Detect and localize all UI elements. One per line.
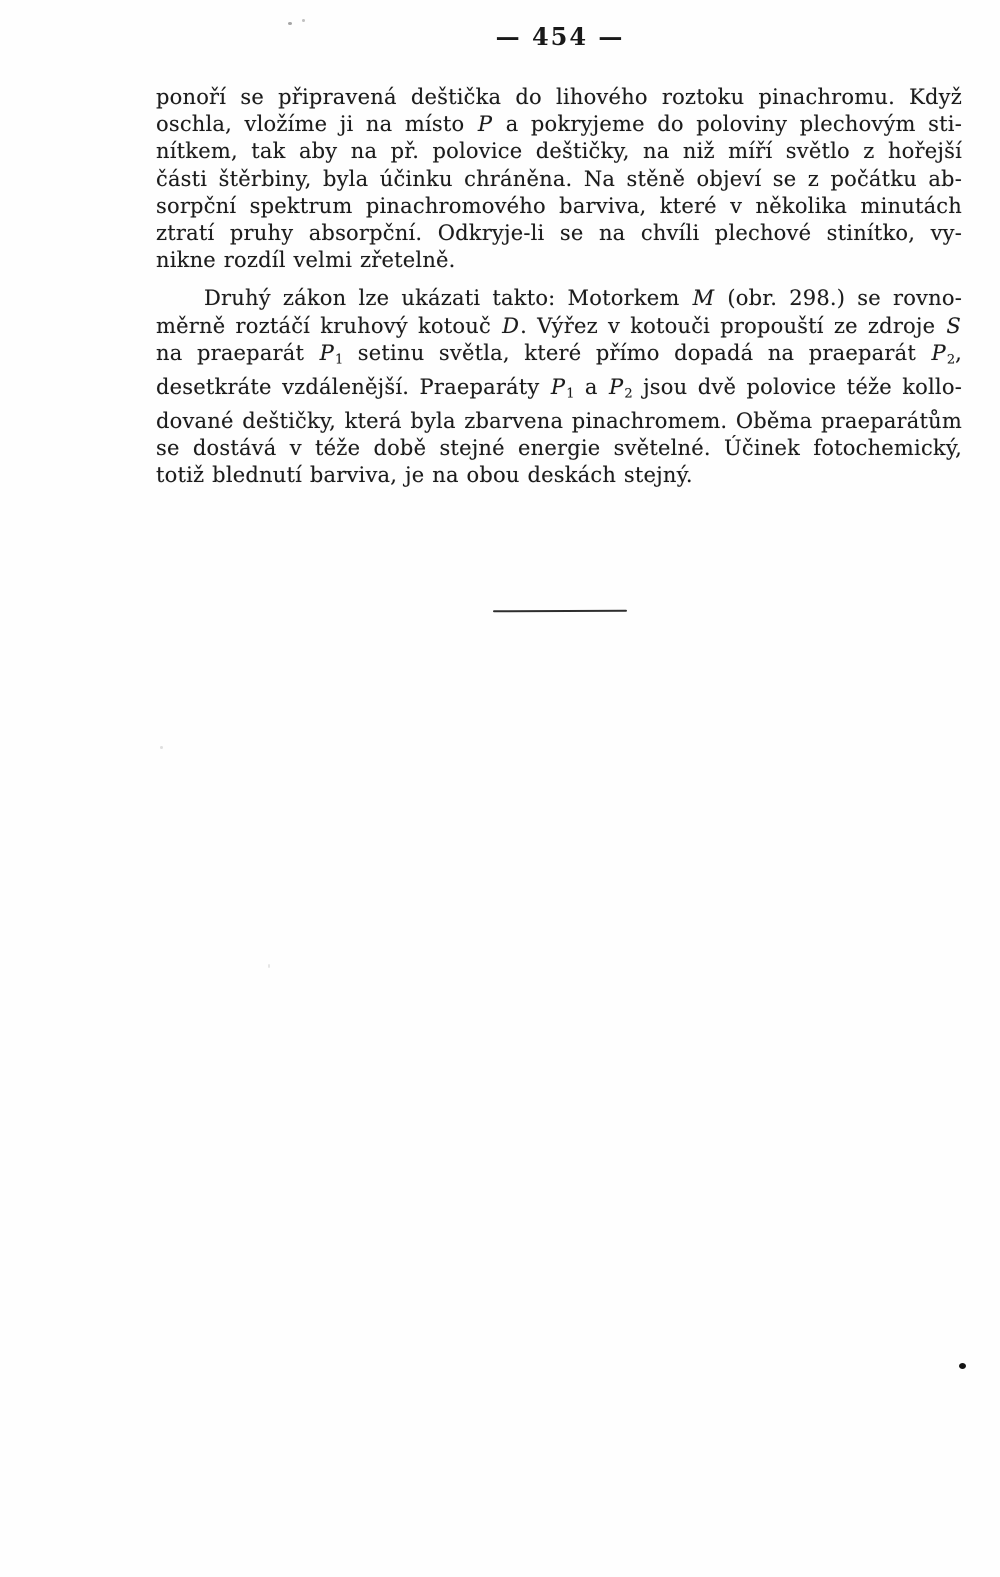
text-run: totiž blednutí barviva, je na obou deská…: [156, 463, 693, 487]
scanned-book-page: — 454 — ponoří se připravená deštička do…: [0, 0, 1000, 1577]
text-run: desetkráte vzdálenější. Praeparáty: [156, 375, 550, 399]
section-divider: [493, 610, 627, 613]
scan-speck: [268, 964, 270, 968]
text-line: Druhý zákon lze ukázati takto: Motorkem …: [156, 285, 962, 312]
text-line: se dostává v téže době stejné energie sv…: [156, 435, 962, 462]
text-run: nítkem, tak aby na př. polovice deštičky…: [156, 139, 962, 163]
text-run: . Výřez v kotouči propouští ze zdroje: [520, 314, 945, 338]
text-line: sorpční spektrum pinachromového barviva,…: [156, 193, 962, 220]
text-run: jsou dvě polovice téže kollo-: [633, 375, 962, 399]
text-line: ztratí pruhy absorpční. Odkryje-li se na…: [156, 220, 962, 247]
page-number: — 454 —: [157, 22, 963, 51]
text-run: dované deštičky, která byla zbarvena pin…: [156, 409, 962, 433]
math-variable: P: [477, 112, 493, 136]
text-run: ponoří se připravená deštička do lihovéh…: [156, 85, 962, 109]
math-variable: S: [945, 314, 962, 338]
text-line: ponoří se připravená deštička do lihovéh…: [156, 84, 962, 111]
paragraph: ponoří se připravená deštička do lihovéh…: [156, 84, 962, 274]
text-line: desetkráte vzdálenější. Praeparáty P1 a …: [156, 374, 962, 408]
text-line: oschla, vložíme ji na místo P a pokryjem…: [156, 111, 962, 138]
paragraph: Druhý zákon lze ukázati takto: Motorkem …: [156, 285, 962, 489]
subscript-index: 1: [566, 386, 574, 401]
text-run: sorpční spektrum pinachromového barviva,…: [156, 194, 962, 218]
text-run: nikne rozdíl velmi zřetelně.: [156, 248, 456, 272]
text-run: Druhý zákon lze ukázati takto: Motorkem: [204, 286, 692, 310]
text-run: oschla, vložíme ji na místo: [156, 112, 477, 136]
text-run: části štěrbiny, byla účinku chráněna. Na…: [156, 167, 962, 191]
text-line: nikne rozdíl velmi zřetelně.: [156, 247, 962, 274]
text-run: setinu světla, které přímo dopadá na pra…: [343, 341, 930, 365]
text-line: na praeparát P1 setinu světla, které pří…: [156, 340, 962, 374]
scan-speck: [160, 746, 163, 749]
text-run: ,: [955, 341, 962, 365]
math-variable: P: [931, 341, 947, 365]
text-line: měrně roztáčí kruhový kotouč D. Výřez v …: [156, 313, 962, 340]
math-variable: D: [501, 314, 520, 338]
subscript-index: 2: [624, 386, 632, 401]
page-text: ponoří se připravená deštička do lihovéh…: [156, 84, 962, 489]
scan-speck: [959, 1363, 966, 1369]
math-variable: P: [319, 341, 335, 365]
text-run: na praeparát: [156, 341, 319, 365]
text-run: a pokryjeme do poloviny plechovým sti-: [493, 112, 962, 136]
text-line: totiž blednutí barviva, je na obou deská…: [156, 462, 962, 489]
text-run: (obr. 298.) se rovno-: [715, 286, 962, 310]
text-run: se dostává v téže době stejné energie sv…: [156, 436, 962, 460]
text-line: dované deštičky, která byla zbarvena pin…: [156, 408, 962, 435]
text-run: měrně roztáčí kruhový kotouč: [156, 314, 501, 338]
text-run: ztratí pruhy absorpční. Odkryje-li se na…: [156, 221, 962, 245]
math-variable: P: [550, 375, 566, 399]
math-variable: M: [692, 286, 716, 310]
text-line: části štěrbiny, byla účinku chráněna. Na…: [156, 166, 962, 193]
math-variable: P: [608, 375, 624, 399]
text-line: nítkem, tak aby na př. polovice deštičky…: [156, 138, 962, 165]
text-run: a: [575, 375, 609, 399]
subscript-index: 2: [947, 352, 955, 367]
